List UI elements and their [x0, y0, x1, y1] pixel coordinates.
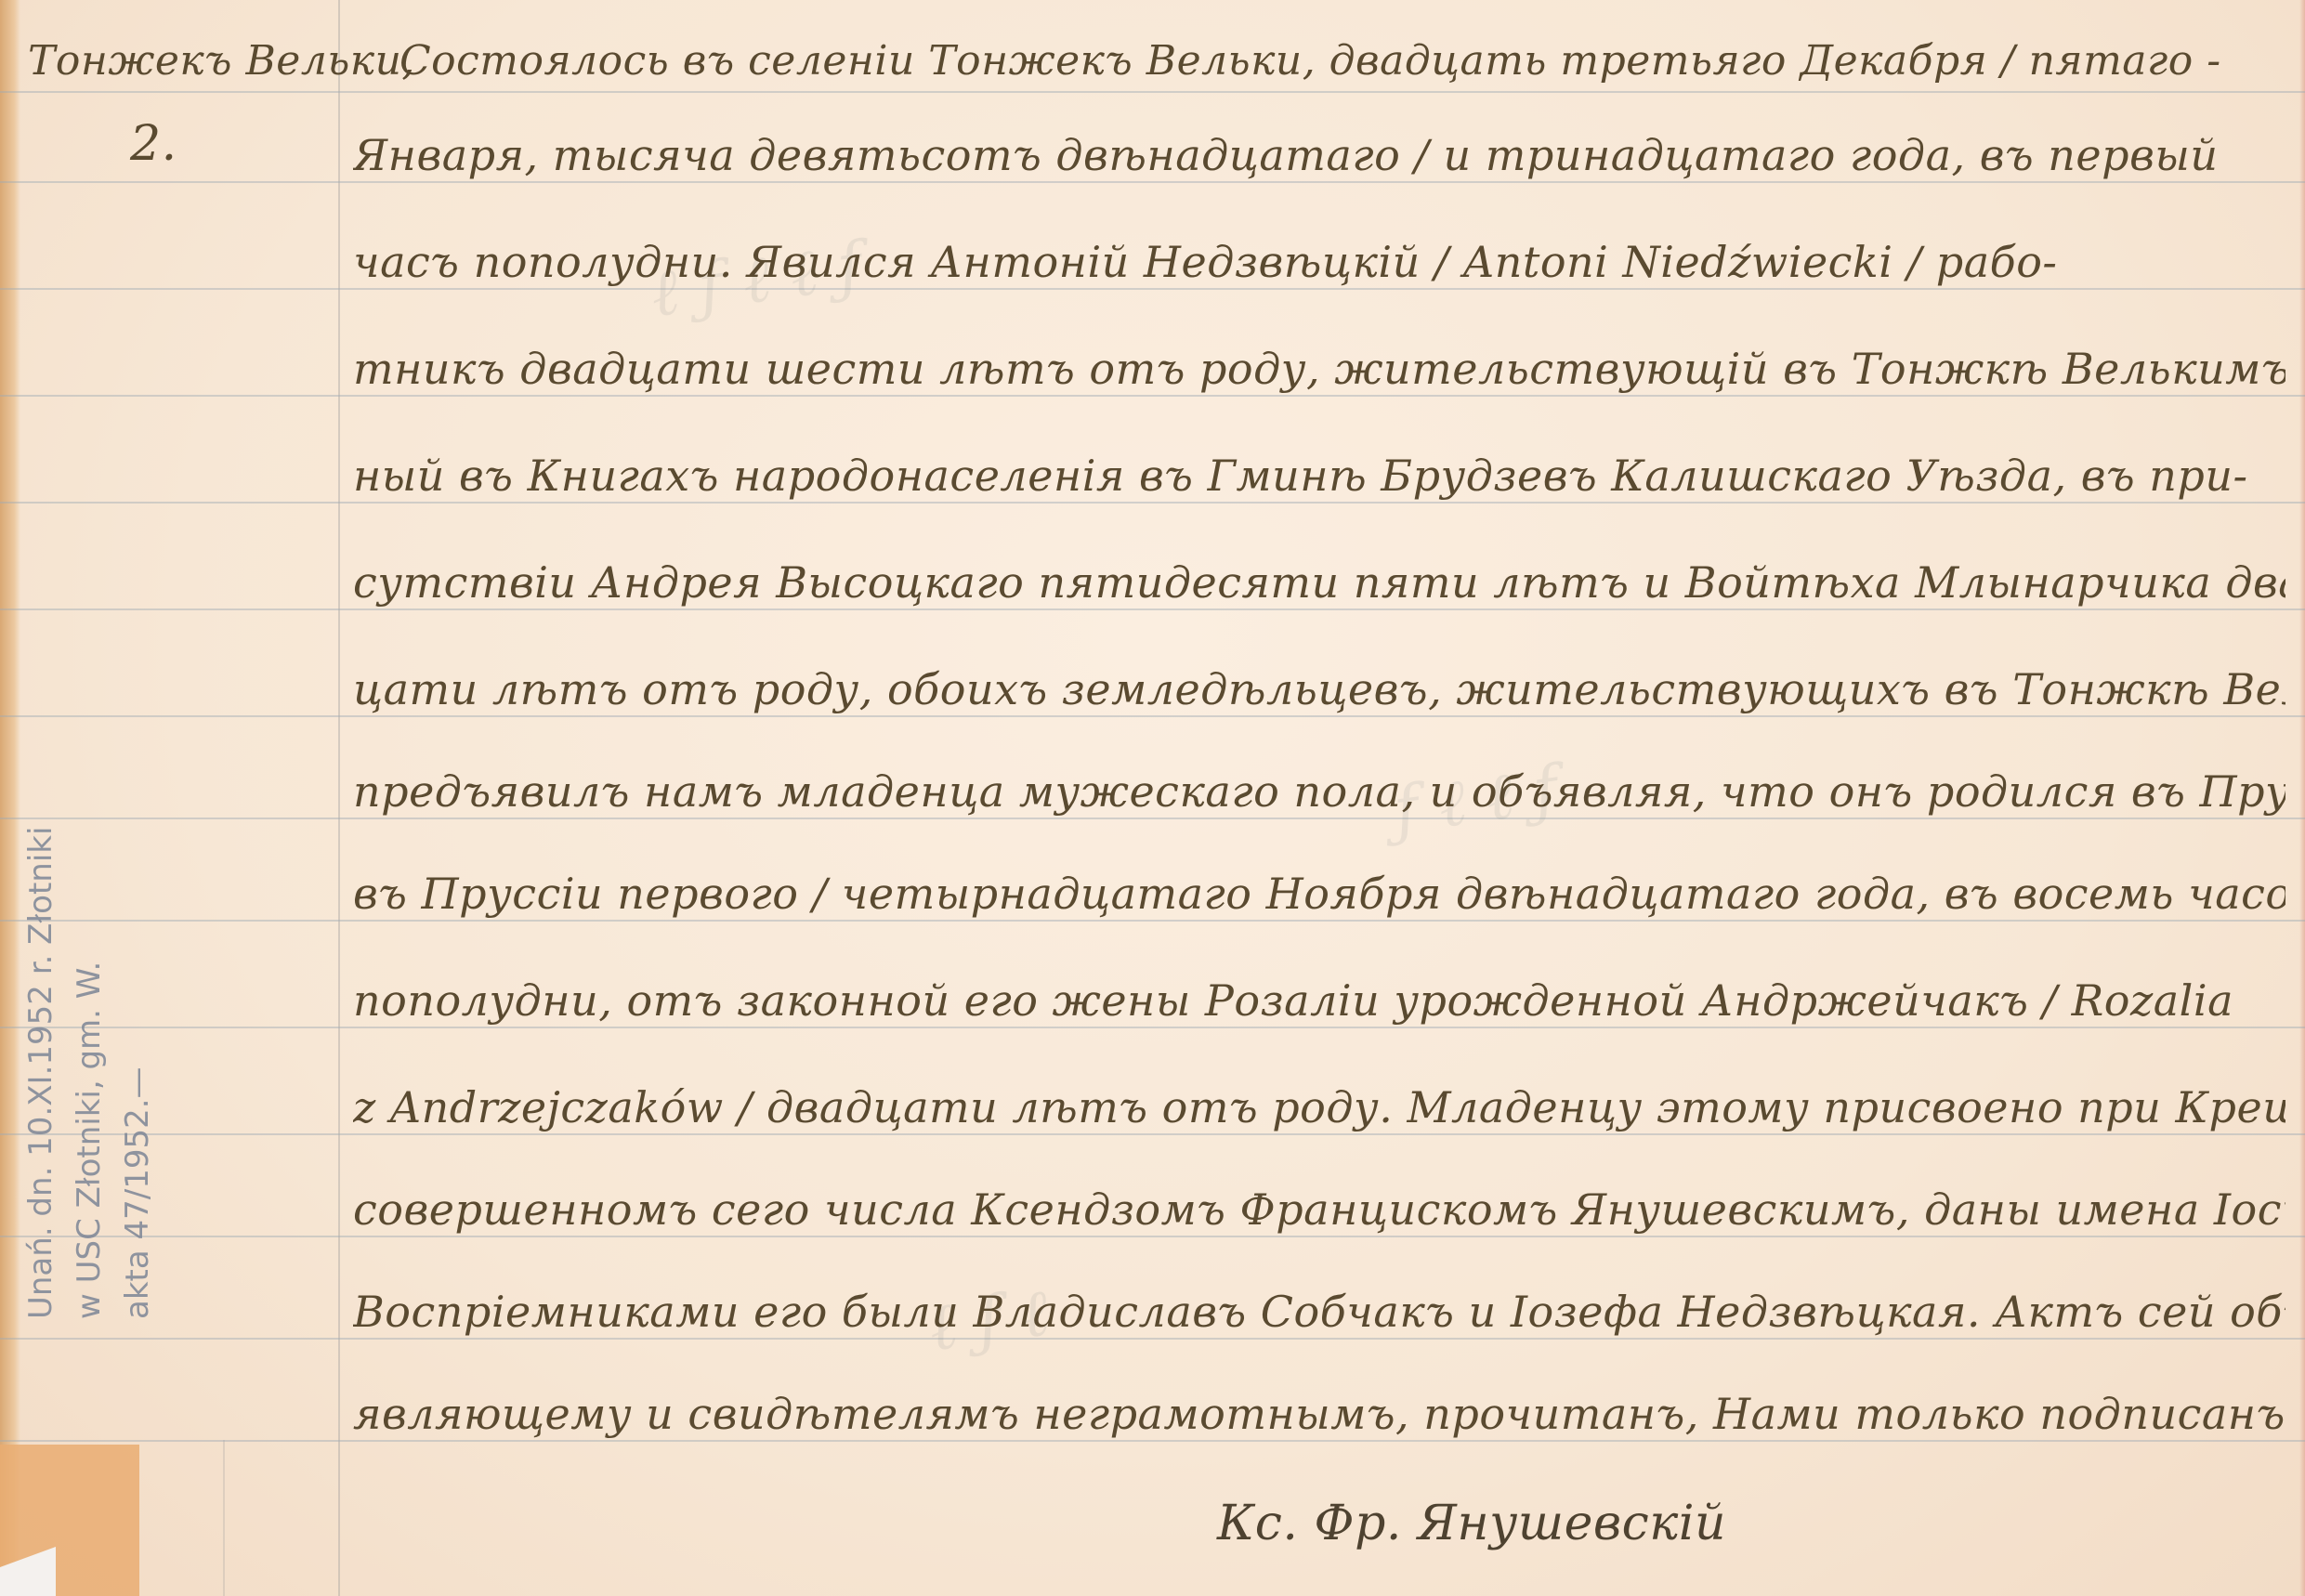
pencil-note-line-2: w USC Złotniki, gm. W.: [65, 827, 113, 1319]
margin-rule: [338, 0, 340, 1596]
paper-edge-left: [0, 0, 20, 1596]
record-line-14: являющему и свидѣтелямъ неграмотнымъ, пр…: [353, 1389, 2285, 1439]
record-line-11: z Andrzejczaków / двадцати лѣтъ отъ роду…: [353, 1082, 2285, 1132]
ruled-line: [0, 1338, 2305, 1340]
ruled-line: [0, 715, 2305, 717]
ruled-line: [0, 502, 2305, 504]
ruled-line: [0, 818, 2305, 819]
ruled-line: [0, 1236, 2305, 1237]
pencil-margin-note: Unań. dn. 10.XI.1952 r. Złotniki w USC Z…: [17, 827, 162, 1319]
paper-edge-right: [2299, 0, 2305, 1596]
ruled-line: [0, 181, 2305, 183]
entry-number: 2.: [130, 116, 177, 172]
ruled-line: [0, 1133, 2305, 1135]
record-line-2: Января, тысяча девятьсотъ двѣнадцатаго /…: [353, 130, 2285, 180]
record-line-13: Воспріемниками его были Владиславъ Собча…: [353, 1287, 2285, 1337]
record-line-9: въ Пруссіи первого / четырнадцатаго Нояб…: [353, 869, 2285, 919]
margin-rule-secondary: [223, 1440, 225, 1596]
ruled-line: [0, 1440, 2305, 1442]
ruled-line: [0, 1027, 2305, 1028]
record-line-1: Состоялось въ селеніи Тонжекъ Вельки, дв…: [399, 37, 2285, 85]
margin-place-name: Тонжекъ Вельки,: [28, 37, 415, 85]
ruled-line: [0, 288, 2305, 290]
pencil-note-line-3: akta 47/1952.—: [113, 827, 162, 1319]
record-line-5: ный въ Книгахъ народонаселенія въ Гминѣ …: [353, 451, 2285, 501]
record-line-8: предъявилъ намъ младенца мужескаго пола,…: [353, 766, 2285, 817]
priest-signature: Кс. Фр. Янушевскій: [1217, 1496, 1726, 1551]
ruled-line: [0, 920, 2305, 922]
record-line-4: тникъ двадцати шести лѣтъ отъ роду, жите…: [353, 344, 2285, 394]
ruled-line: [0, 608, 2305, 610]
record-line-3: часъ пополудни. Явился Антоній Недзвѣцкі…: [353, 237, 2285, 287]
ruled-line: [0, 91, 2305, 93]
record-line-12: совершенномъ сего числа Ксендзомъ Франци…: [353, 1184, 2285, 1235]
ruled-line: [0, 395, 2305, 397]
document-page: ℓ ƒ ℓ ℓ ƒ ƒ ℓ ℓ ƒ ℓ ƒ ℓ Тонжекъ Вельки, …: [0, 0, 2305, 1596]
record-line-7: цати лѣтъ отъ роду, обоихъ земледѣльцевъ…: [353, 664, 2285, 714]
record-line-10: пополудни, отъ законной его жены Розаліи…: [353, 975, 2285, 1026]
pencil-note-line-1: Unań. dn. 10.XI.1952 r. Złotniki: [17, 827, 65, 1319]
record-line-6: сутствіи Андрея Высоцкаго пятидесяти пят…: [353, 557, 2285, 608]
